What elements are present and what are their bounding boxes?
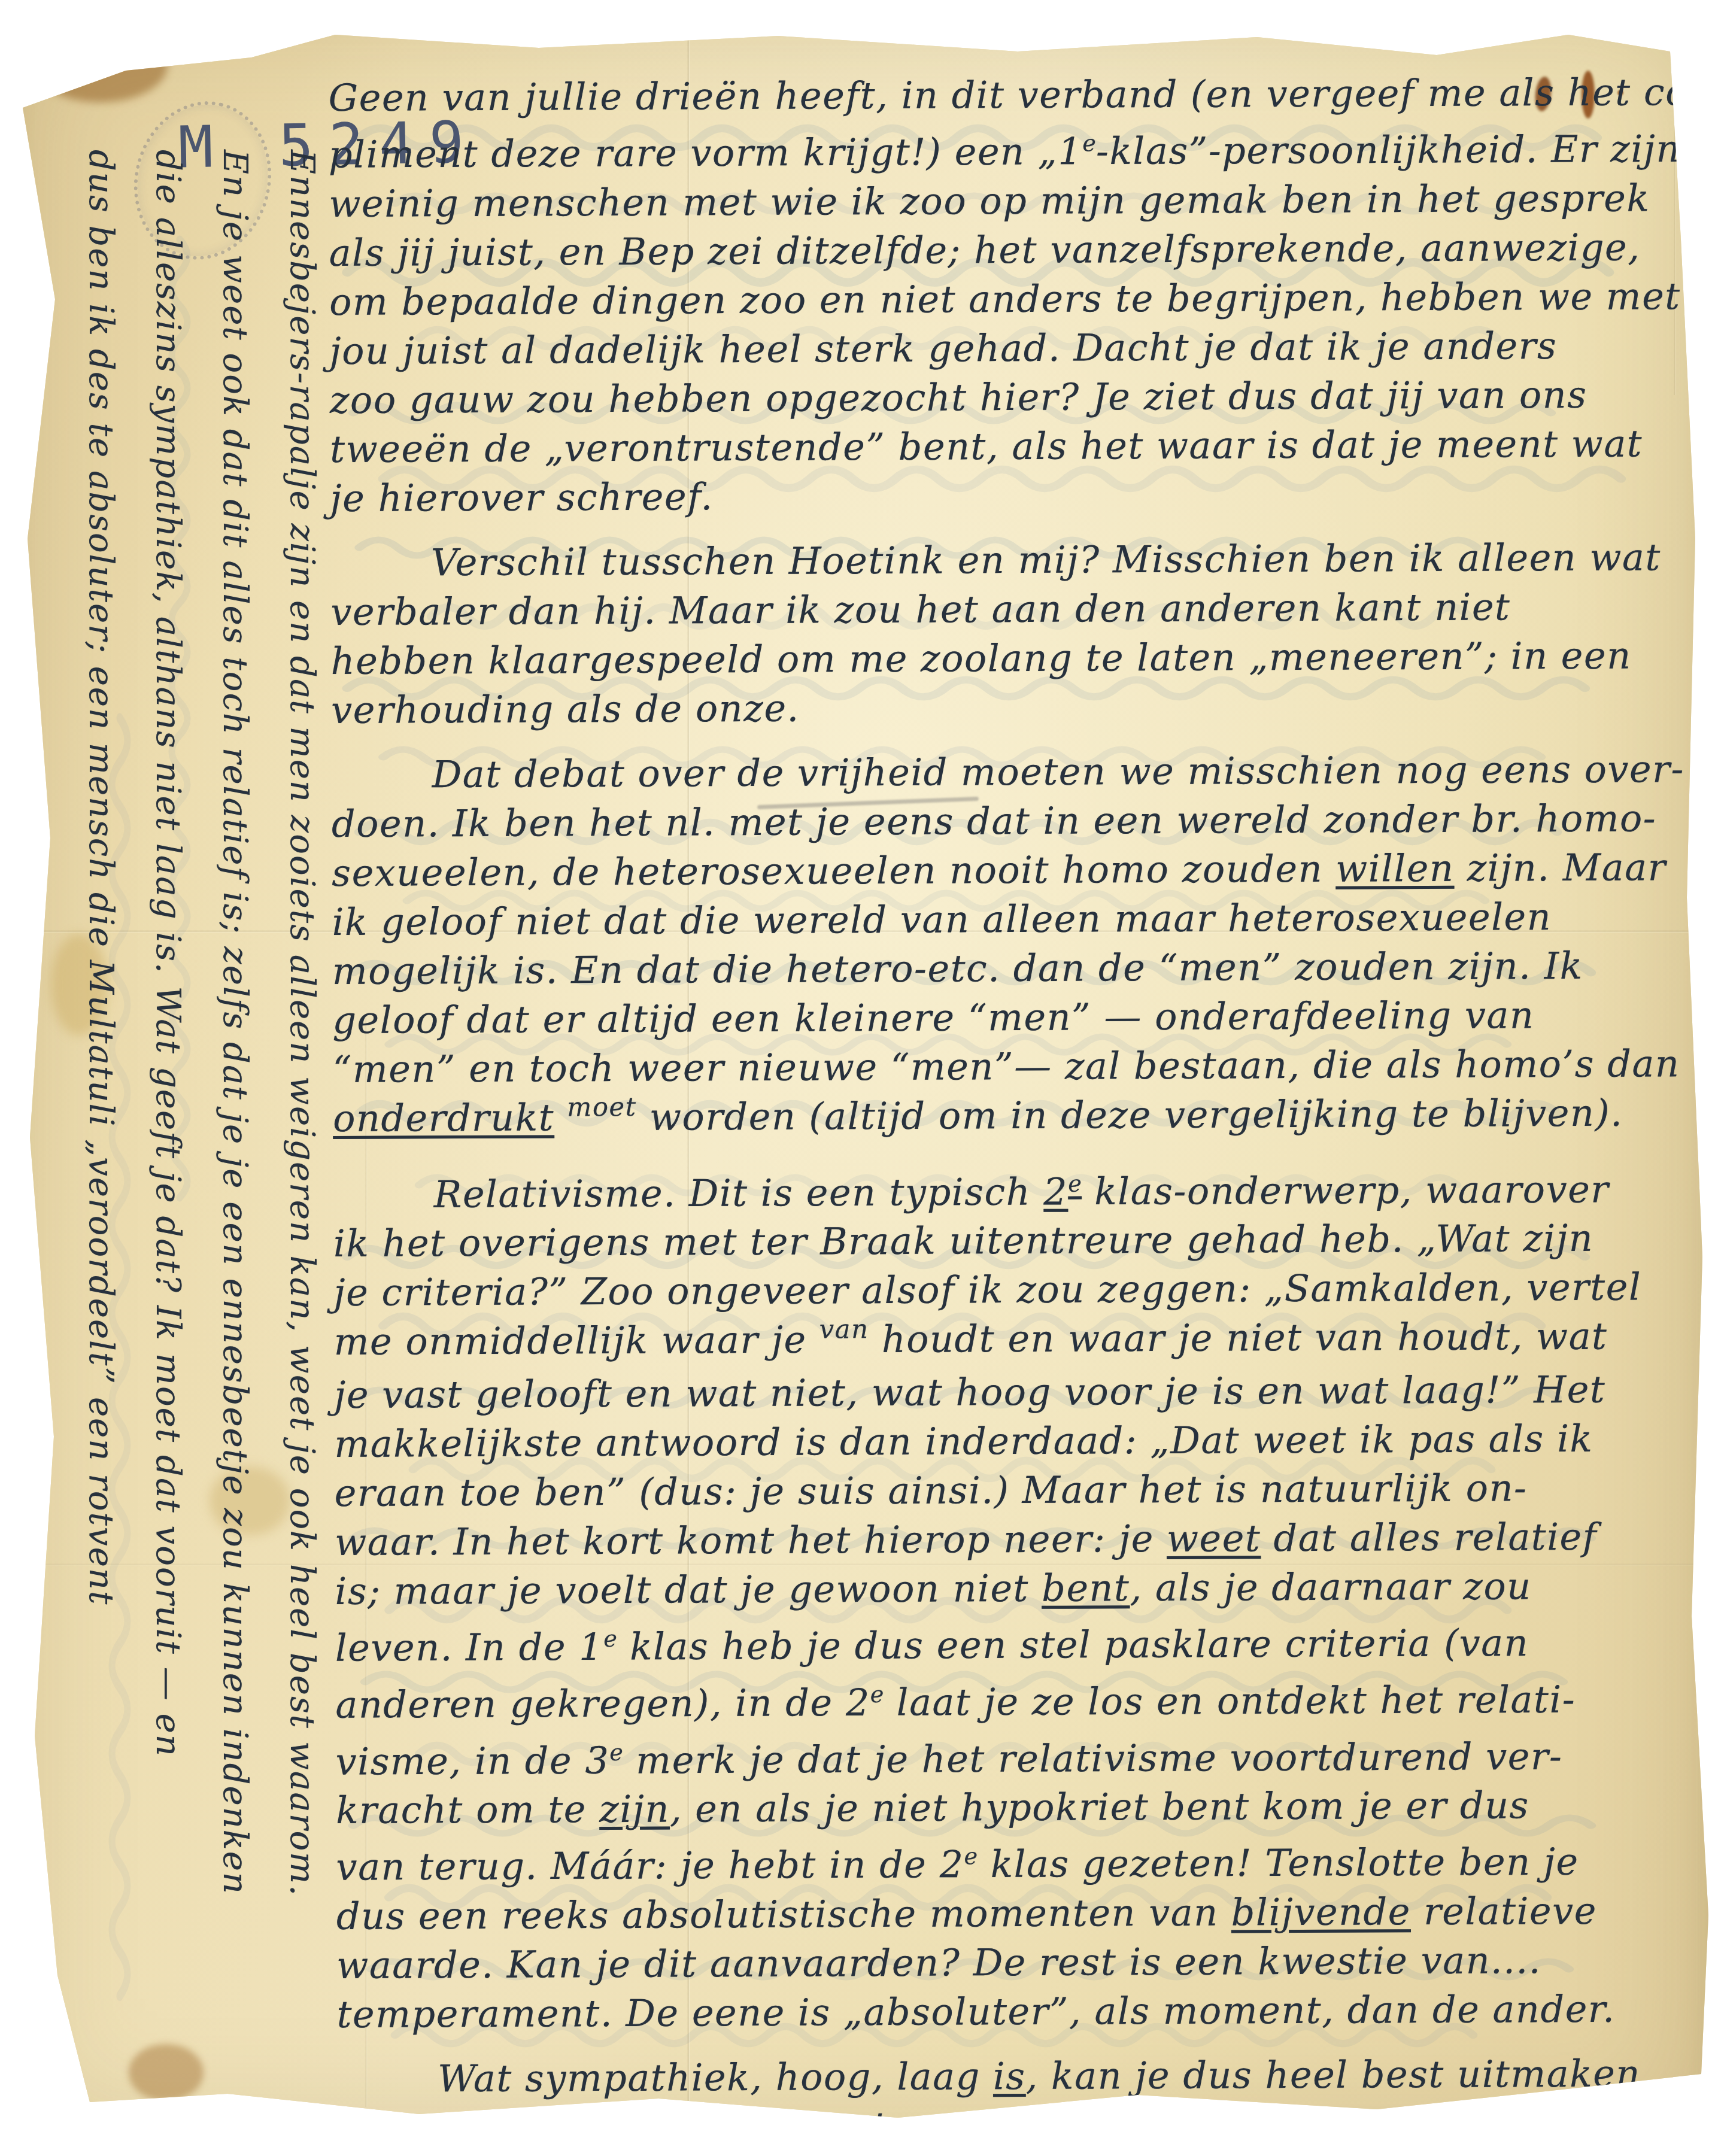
- handwritten-line: makkelijkste antwoord is dan inderdaad: …: [334, 1414, 1711, 1469]
- handwritten-line: vanuit het absolute moment waarin je lee…: [337, 2098, 1714, 2153]
- handwritten-line: ik geloof niet dat die wereld van alleen…: [332, 892, 1708, 947]
- handwritten-line: is; maar je voelt dat je gewoon niet ben…: [335, 1561, 1711, 1616]
- margin-annotation-line: die alleszins sympathiek, althans niet l…: [134, 150, 201, 2119]
- handwritten-line: ik het overigens met ter Braak uitentreu…: [333, 1213, 1710, 1268]
- paper-sheet: M 5249 Ennesbejers-rapalje zijn en dat m…: [0, 0, 1715, 2156]
- margin-annotation-line: dus ben ik des te absoluter; een mensch …: [67, 150, 134, 2119]
- handwritten-line: temperament. De eene is „absoluter”, als…: [336, 1984, 1713, 2039]
- handwritten-line: pliment deze rare vorm krijgt!) een „1e-…: [329, 117, 1705, 180]
- handwritten-line: visme, in de 3e merk je dat je het relat…: [336, 1724, 1713, 1787]
- handwritten-line: om bepaalde dingen zoo en niet anders te…: [329, 272, 1706, 327]
- margin-annotation: Ennesbejers-rapalje zijn en dat men zooi…: [67, 90, 335, 2119]
- handwritten-line: anderen gekregen), in de 2e laat je ze l…: [335, 1667, 1712, 1730]
- handwritten-line: je hierover schreef.: [330, 468, 1707, 523]
- handwritten-line: me onmiddellijk waar je van houdt en waa…: [334, 1311, 1711, 1371]
- handwritten-line: waarde. Kan je dit aanvaarden? De rest i…: [336, 1935, 1713, 1990]
- handwritten-line: “men” en toch weer nieuwe “men”— zal bes…: [333, 1039, 1710, 1094]
- handwritten-line: dus een reeks absolutistische momenten v…: [336, 1886, 1713, 1941]
- handwritten-line: Verschil tusschen Hoetink en mij? Missch…: [330, 533, 1707, 588]
- handwritten-line: sexueelen, de heterosexueelen nooit homo…: [332, 843, 1708, 898]
- handwritten-line: je criteria?” Zoo ongeveer alsof ik zou …: [333, 1262, 1710, 1317]
- handwritten-line: geloof dat er altijd een kleinere “men” …: [332, 990, 1709, 1045]
- handwritten-line: Dat debat over de vrijheid moeten we mis…: [331, 745, 1708, 800]
- stain: [72, 36, 126, 72]
- handwritten-line: jou juist al dadelijk heel sterk gehad. …: [329, 321, 1706, 376]
- handwritten-line: je vast gelooft en wat niet, wat hoog vo…: [334, 1365, 1711, 1420]
- letter-body: Geen van jullie drieën heeft, in dit ver…: [328, 68, 1714, 2153]
- handwritten-line: waar. In het kort komt het hierop neer: …: [335, 1512, 1711, 1567]
- handwritten-line: Wat sympathiek, hoog, laag is, kan je du…: [337, 2049, 1714, 2104]
- scanned-letter-page: M 5249 Ennesbejers-rapalje zijn en dat m…: [0, 0, 1715, 2156]
- margin-annotation-line: Ennesbejers-rapalje zijn en dat men zooi…: [268, 150, 335, 2119]
- handwritten-line: van terug. Máár: je hebt in de 2e klas g…: [336, 1829, 1713, 1892]
- handwritten-line: verhouding als de onze.: [331, 680, 1708, 735]
- handwritten-line: kracht om te zijn, en als je niet hypokr…: [336, 1780, 1713, 1835]
- handwritten-line: zoo gauw zou hebben opgezocht hier? Je z…: [330, 370, 1707, 425]
- handwritten-line: doen. Ik ben het nl. met je eens dat in …: [332, 794, 1708, 849]
- handwritten-line: mogelijk is. En dat die hetero-etc. dan …: [332, 941, 1709, 996]
- handwritten-line: eraan toe ben” (dus: je suis ainsi.) Maa…: [335, 1463, 1711, 1518]
- handwritten-line: onderdrukt moet worden (altijd om in dez…: [333, 1088, 1710, 1147]
- handwritten-line: hebben klaargespeeld om me zoolang te la…: [331, 631, 1708, 686]
- margin-annotation-line: En je weet ook dat dit alles toch relati…: [201, 150, 268, 2119]
- handwritten-line: als jij juist, en Bep zei ditzelfde; het…: [329, 223, 1706, 278]
- handwritten-line: Relativisme. Dit is een typisch 2e klas-…: [333, 1157, 1710, 1220]
- handwritten-line: leven. In de 1e klas heb je dus een stel…: [335, 1610, 1712, 1673]
- handwritten-line: verbaler dan hij. Maar ik zou het aan de…: [330, 582, 1707, 637]
- handwritten-line: Geen van jullie drieën heeft, in dit ver…: [328, 68, 1705, 123]
- handwritten-line: weinig menschen met wie ik zoo op mijn g…: [329, 174, 1705, 229]
- handwritten-line: tweeën de „verontrustende” bent, als het…: [330, 419, 1707, 474]
